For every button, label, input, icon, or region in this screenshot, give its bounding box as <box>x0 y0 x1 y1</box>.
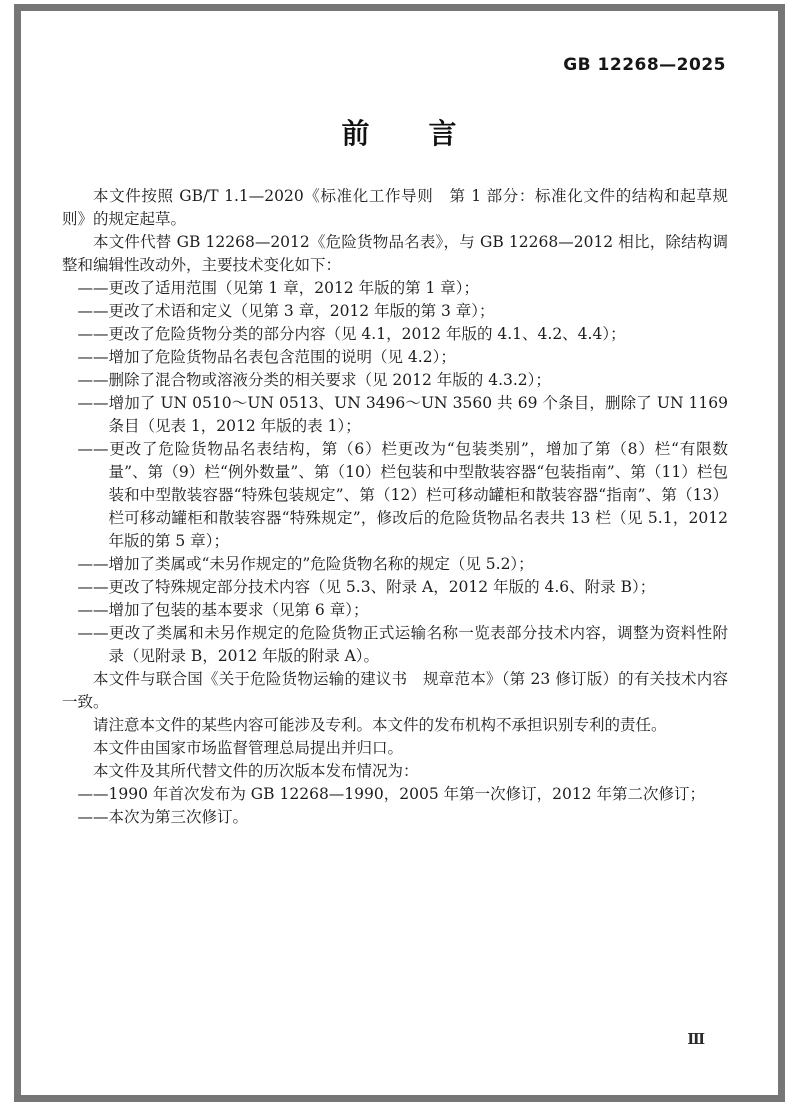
dash-item: ——增加了 UN 0510～UN 0513、UN 3496～UN 3560 共 … <box>62 392 728 438</box>
dash-prefix: —— <box>78 808 109 826</box>
dash-prefix: —— <box>78 578 109 596</box>
paragraph: 本文件与联合国《关于危险货物运输的建议书 规章范本》（第 23 修订版）的有关技… <box>62 668 728 714</box>
paragraph: 本文件按照 GB/T 1.1—2020《标准化工作导则 第 1 部分：标准化文件… <box>62 185 728 231</box>
dash-prefix: —— <box>78 601 109 619</box>
dash-prefix: —— <box>78 555 109 573</box>
paragraph: 本文件代替 GB 12268—2012《危险货物品名表》，与 GB 12268—… <box>62 231 728 277</box>
dash-prefix: —— <box>78 371 109 389</box>
dash-item: ——增加了危险货物品名表包含范围的说明（见 4.2）； <box>62 346 728 369</box>
dash-item: ——增加了包装的基本要求（见第 6 章）； <box>62 599 728 622</box>
dash-prefix: —— <box>78 325 109 343</box>
dash-prefix: —— <box>78 302 109 320</box>
dash-item: ——本次为第三次修订。 <box>62 806 728 829</box>
dash-item: ——更改了术语和定义（见第 3 章，2012 年版的第 3 章）； <box>62 300 728 323</box>
dash-prefix: —— <box>78 348 109 366</box>
dash-item: ——更改了特殊规定部分技术内容（见 5.3、附录 A，2012 年版的 4.6、… <box>62 576 728 599</box>
paragraph: 本文件由国家市场监督管理总局提出并归口。 <box>62 737 728 760</box>
paragraph: 本文件及其所代替文件的历次版本发布情况为： <box>62 760 728 783</box>
page-header: GB 12268—2025 <box>21 11 778 75</box>
dash-item: ——更改了危险货物品名表结构，第（6）栏更改为“包装类别”，增加了第（8）栏“有… <box>62 438 728 553</box>
dash-prefix: —— <box>78 394 109 412</box>
dash-item: ——更改了危险货物分类的部分内容（见 4.1，2012 年版的 4.1、4.2、… <box>62 323 728 346</box>
dash-prefix: —— <box>78 279 109 297</box>
dash-item: ——更改了类属和未另作规定的危险货物正式运输名称一览表部分技术内容，调整为资料性… <box>62 622 728 668</box>
dash-prefix: —— <box>78 440 109 458</box>
paragraph: 请注意本文件的某些内容可能涉及专利。本文件的发布机构不承担识别专利的责任。 <box>62 714 728 737</box>
page-frame: GB 12268—2025 前 言 本文件按照 GB/T 1.1—2020《标准… <box>14 4 785 1102</box>
page-title: 前 言 <box>21 117 778 151</box>
document-canvas: GB 12268—2025 前 言 本文件按照 GB/T 1.1—2020《标准… <box>0 0 790 1108</box>
page-number: Ⅲ <box>687 1031 705 1048</box>
dash-item: ——增加了类属或“未另作规定的”危险货物名称的规定（见 5.2）； <box>62 553 728 576</box>
dash-prefix: —— <box>78 785 109 803</box>
standard-number: GB 12268—2025 <box>563 55 726 75</box>
page-footer: Ⅲ <box>687 1029 705 1048</box>
dash-item: ——1990 年首次发布为 GB 12268—1990，2005 年第一次修订，… <box>62 783 728 806</box>
dash-prefix: —— <box>78 624 109 642</box>
dash-item: ——删除了混合物或溶液分类的相关要求（见 2012 年版的 4.3.2）； <box>62 369 728 392</box>
dash-item: ——更改了适用范围（见第 1 章，2012 年版的第 1 章）； <box>62 277 728 300</box>
body-text: 本文件按照 GB/T 1.1—2020《标准化工作导则 第 1 部分：标准化文件… <box>21 185 778 829</box>
